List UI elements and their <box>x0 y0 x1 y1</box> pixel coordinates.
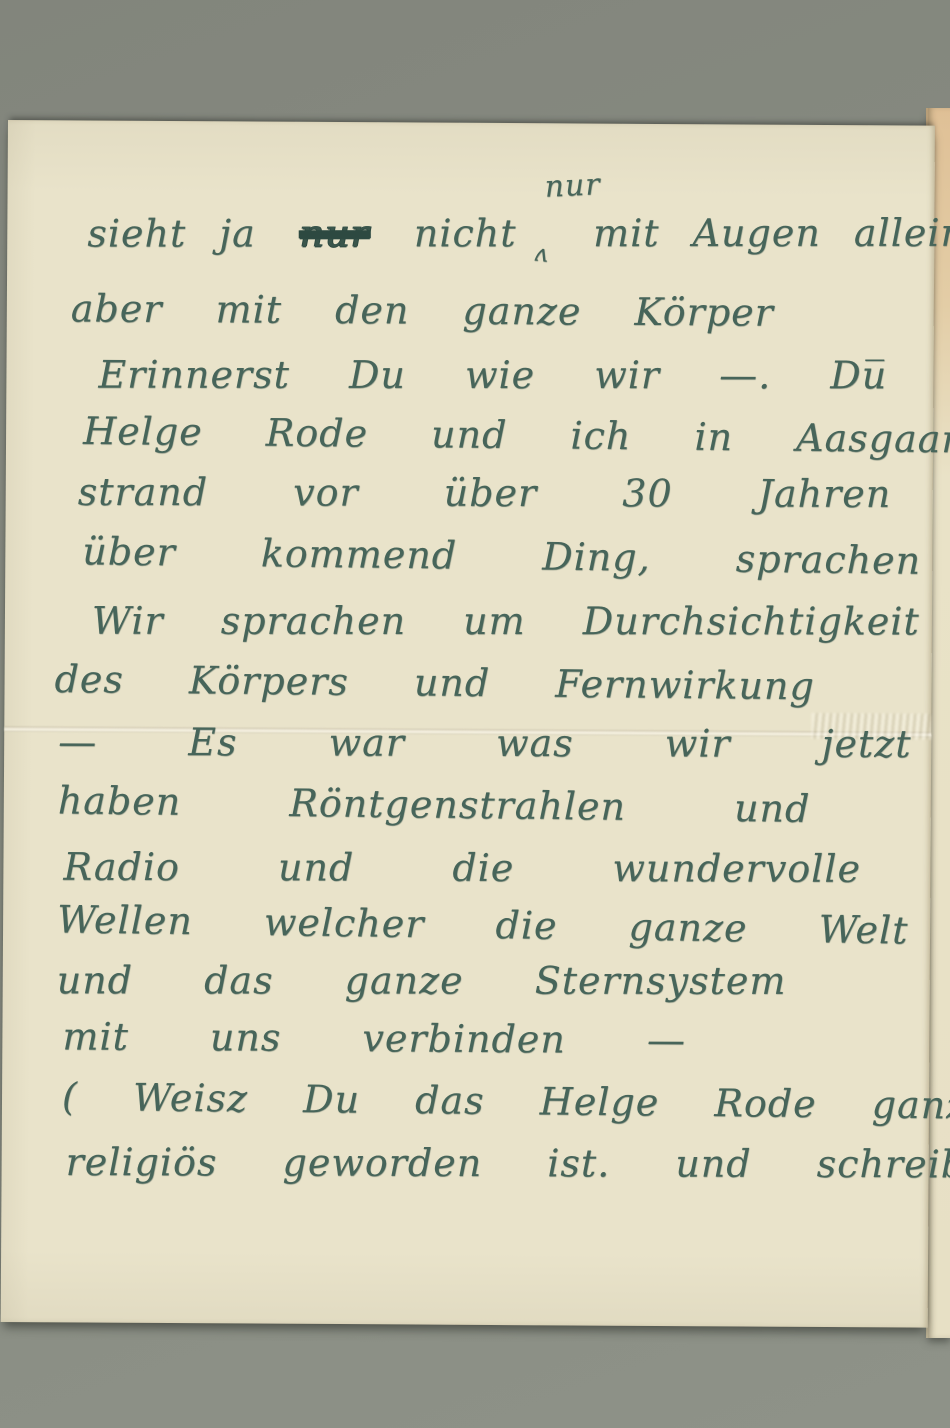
handwriting-line: aber mit den ganze Körper <box>71 288 774 334</box>
letter-page: nur sieht ja nur nicht ʌ mit Augen allei… <box>1 120 935 1328</box>
handwriting-line: religiös geworden ist. und schreibt <box>66 1142 950 1186</box>
handwriting-line: strand vor über 30 Jahren <box>78 472 892 516</box>
handwriting-line: — Es war was wir jetzt <box>58 722 911 766</box>
handwriting-line: des Körpers und Fernwirkung <box>54 659 815 708</box>
handwriting-line: Radio und die wundervolle <box>63 847 861 891</box>
handwriting-line: und das ganze Sternsystem <box>57 960 787 1002</box>
handwriting-line: Helge Rode und ich in Aasgaard- <box>83 411 950 462</box>
handwriting-line: sieht ja nur nicht ʌ mit Augen allein <box>87 213 950 256</box>
handwriting-line: über kommend Ding, sprachen <box>82 531 921 582</box>
handwriting-line: mit uns verbinden — <box>62 1016 686 1062</box>
handwriting-text: sieht ja <box>87 213 255 255</box>
handwriting-text: nicht <box>414 213 517 255</box>
inserted-word: nur <box>544 168 601 204</box>
handwriting-line: haben Röntgenstrahlen und <box>58 780 811 830</box>
handwriting-line: Erinnerst Du wie wir —. Du̅ <box>98 355 887 397</box>
handwriting-line: Wir sprachen um Durchsichtigkeit <box>92 601 920 644</box>
photo-background: nur sieht ja nur nicht ʌ mit Augen allei… <box>0 0 950 1428</box>
handwriting-line: ( Weisz Du das Helge Rode ganz <box>62 1077 950 1127</box>
handwriting-line: Wellen welcher die ganze Welt <box>57 899 909 952</box>
struck-word: nur <box>300 213 370 255</box>
handwriting-text: mit Augen allein <box>593 213 950 255</box>
insertion-caret-icon: ʌ <box>533 239 550 267</box>
